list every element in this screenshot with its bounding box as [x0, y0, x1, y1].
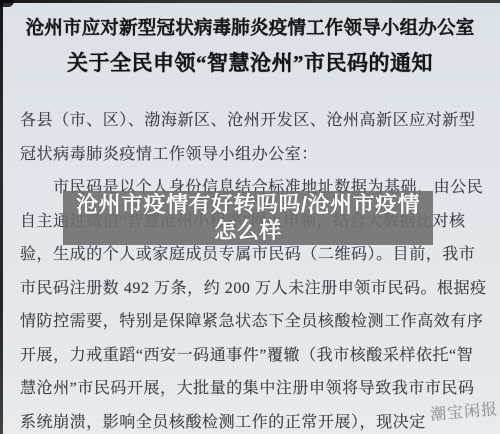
caption-overlay: 沧州市疫情有好转吗吗/沧州市疫情 怎么样 [63, 191, 433, 245]
caption-line1: 沧州市疫情有好转吗吗/沧州市疫情 [70, 192, 426, 218]
scan-edge-top [0, 0, 500, 3]
document-body: 各县（市、区）、渤海新区、沧州开发区、沧州高新区应对新型 冠状病毒肺炎疫情工作领… [20, 104, 484, 434]
document-line: 系统崩溃，影响全员核酸检测工作的正常开展），现决定 [20, 406, 484, 434]
scanned-notice-page: 沧州市应对新型冠状病毒肺炎疫情工作领导小组办公室 关于全民申领“智慧沧州”市民码… [0, 0, 500, 434]
document-line: 开展，力戒重蹈“西安一码通事件”覆辙（我市核酸采样依托“智 [20, 339, 484, 373]
document-line: 情防控需要，特别是保障紧急状态下全员核酸检测工作高效有序 [20, 305, 484, 339]
caption-line2: 怎么样 [208, 218, 288, 244]
document-line: 各县（市、区）、渤海新区、沧州开发区、沧州高新区应对新型 [20, 104, 484, 138]
scan-edge-left [0, 0, 3, 434]
document-line: 慧沧州”市民码开展，大批量的集中注册申领将导致我市市民码 [20, 372, 484, 406]
document-line: 冠状病毒肺炎疫情工作领导小组办公室： [20, 138, 484, 172]
document-title-line1: 沧州市应对新型冠状病毒肺炎疫情工作领导小组办公室 [0, 14, 500, 40]
document-title-line2: 关于全民申领“智慧沧州”市民码的通知 [0, 47, 500, 77]
document-line: 市民码注册数 492 万条，约 200 万人未注册申领市民码。根据疫 [20, 272, 484, 306]
